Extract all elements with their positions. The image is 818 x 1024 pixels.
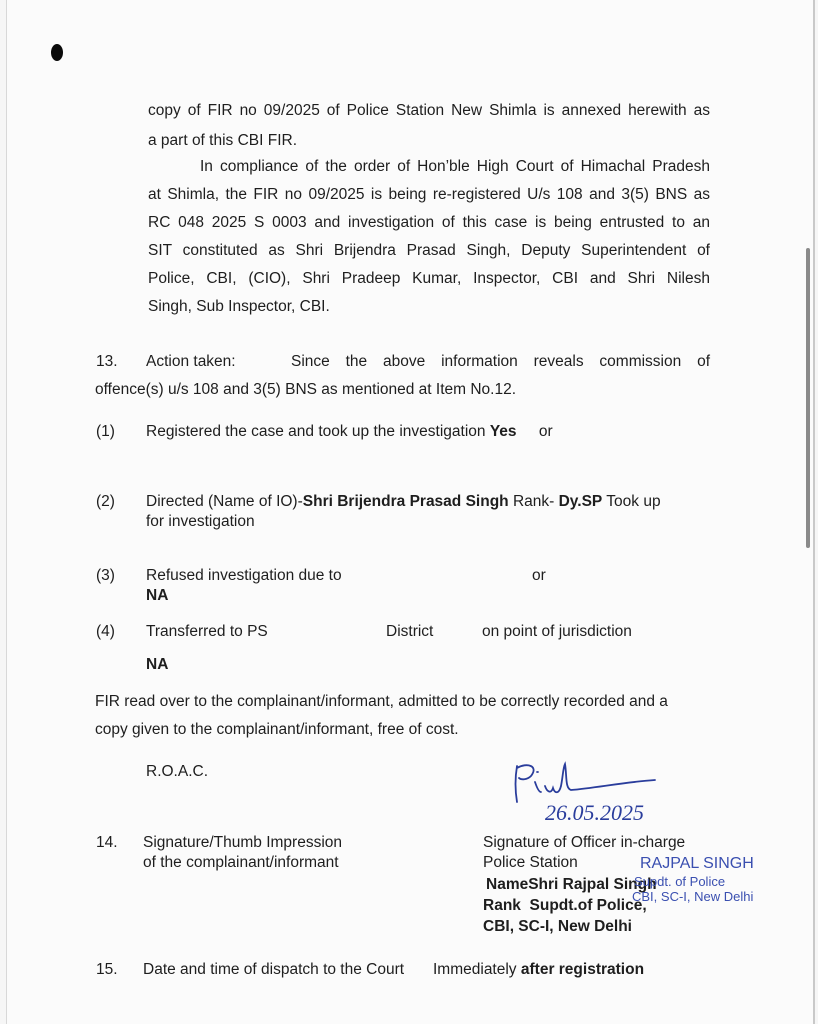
- sub2-io-name: Shri Brijendra Prasad Singh: [303, 493, 509, 510]
- stamp-name: RAJPAL SINGH: [640, 855, 754, 873]
- para2-line-4: SIT constituted as Shri Brijendra Prasad…: [148, 241, 710, 261]
- para2-line-2: at Shimla, the FIR no 09/2025 is being r…: [148, 185, 710, 205]
- para2-line-1: In compliance of the order of Hon’ble Hi…: [200, 157, 710, 177]
- sub3-number: (3): [96, 566, 115, 586]
- sub1-value: Yes: [490, 423, 517, 440]
- sub3-suffix: or: [532, 566, 546, 586]
- sub2-row: Directed (Name of IO)-Shri Brijendra Pra…: [146, 492, 661, 512]
- item15-number: 15.: [96, 960, 118, 980]
- fir-read-line-2: copy given to the complainant/informant,…: [95, 720, 459, 740]
- sub4-number: (4): [96, 622, 115, 642]
- sub2-suffix: Took up: [606, 493, 660, 510]
- officer-rank: Supdt.of Police,: [530, 897, 647, 914]
- item15-value-normal: Immediately: [433, 961, 517, 978]
- sub2-line-2: for investigation: [146, 512, 255, 532]
- sub2-rank-label: Rank-: [513, 493, 554, 510]
- sub2-rank: Dy.SP: [559, 493, 603, 510]
- officer-rank-label: Rank: [483, 897, 521, 914]
- sub4-text: Transferred to PS: [146, 622, 268, 642]
- intro-line-2: a part of this CBI FIR.: [148, 131, 297, 151]
- item14-line-2: of the complainant/informant: [143, 853, 339, 873]
- stamp-office: CBI, SC-I, New Delhi: [632, 889, 753, 904]
- officer-office: CBI, SC-I, New Delhi: [483, 917, 632, 937]
- sub1-row: Registered the case and took up the inve…: [146, 422, 553, 442]
- item15-value-row: Immediately after registration: [433, 960, 644, 980]
- sub1-number: (1): [96, 422, 115, 442]
- para2-line-6: Singh, Sub Inspector, CBI.: [148, 297, 330, 317]
- punch-hole-mark: [51, 44, 63, 61]
- officer-name-row: NameShri Rajpal Singh: [486, 875, 657, 895]
- officer-name-label: Name: [486, 876, 528, 893]
- sub4-district: District: [386, 622, 433, 642]
- sub3-text: Refused investigation due to: [146, 566, 342, 586]
- officer-rank-row: Rank Supdt.of Police,: [483, 896, 647, 916]
- sub4-suffix: on point of jurisdiction: [482, 622, 632, 642]
- roac: R.O.A.C.: [146, 762, 208, 782]
- fir-read-line-1: FIR read over to the complainant/informa…: [95, 692, 668, 712]
- officer-label-1: Signature of Officer in-charge: [483, 833, 685, 853]
- sub1-suffix: or: [539, 423, 553, 440]
- sub4-value: NA: [146, 655, 168, 675]
- intro-line-1: copy of FIR no 09/2025 of Police Station…: [148, 101, 710, 121]
- item14-line-1: Signature/Thumb Impression: [143, 833, 342, 853]
- item13-text-line-1: Since the above information reveals comm…: [291, 352, 710, 372]
- item15-value-bold: after registration: [521, 961, 644, 978]
- item13-number: 13.: [96, 352, 118, 372]
- vertical-scrollbar[interactable]: [806, 248, 810, 548]
- item15-label: Date and time of dispatch to the Court: [143, 960, 404, 980]
- handwritten-signature: 26.05.2025: [505, 758, 725, 828]
- item13-text-line-2: offence(s) u/s 108 and 3(5) BNS as menti…: [95, 380, 516, 400]
- item14-number: 14.: [96, 833, 118, 853]
- officer-label-2: Police Station: [483, 853, 578, 873]
- sub2-prefix: Directed (Name of IO)-: [146, 493, 303, 510]
- stamp-title: Supdt. of Police: [634, 874, 725, 889]
- sub3-value: NA: [146, 586, 168, 606]
- sub2-number: (2): [96, 492, 115, 512]
- para2-line-3: RC 048 2025 S 0003 and investigation of …: [148, 213, 710, 233]
- handwritten-date: 26.05.2025: [545, 800, 644, 825]
- para2-line-5: Police, CBI, (CIO), Shri Pradeep Kumar, …: [148, 269, 710, 289]
- item13-label: Action taken:: [146, 352, 236, 372]
- sub1-text: Registered the case and took up the inve…: [146, 423, 486, 440]
